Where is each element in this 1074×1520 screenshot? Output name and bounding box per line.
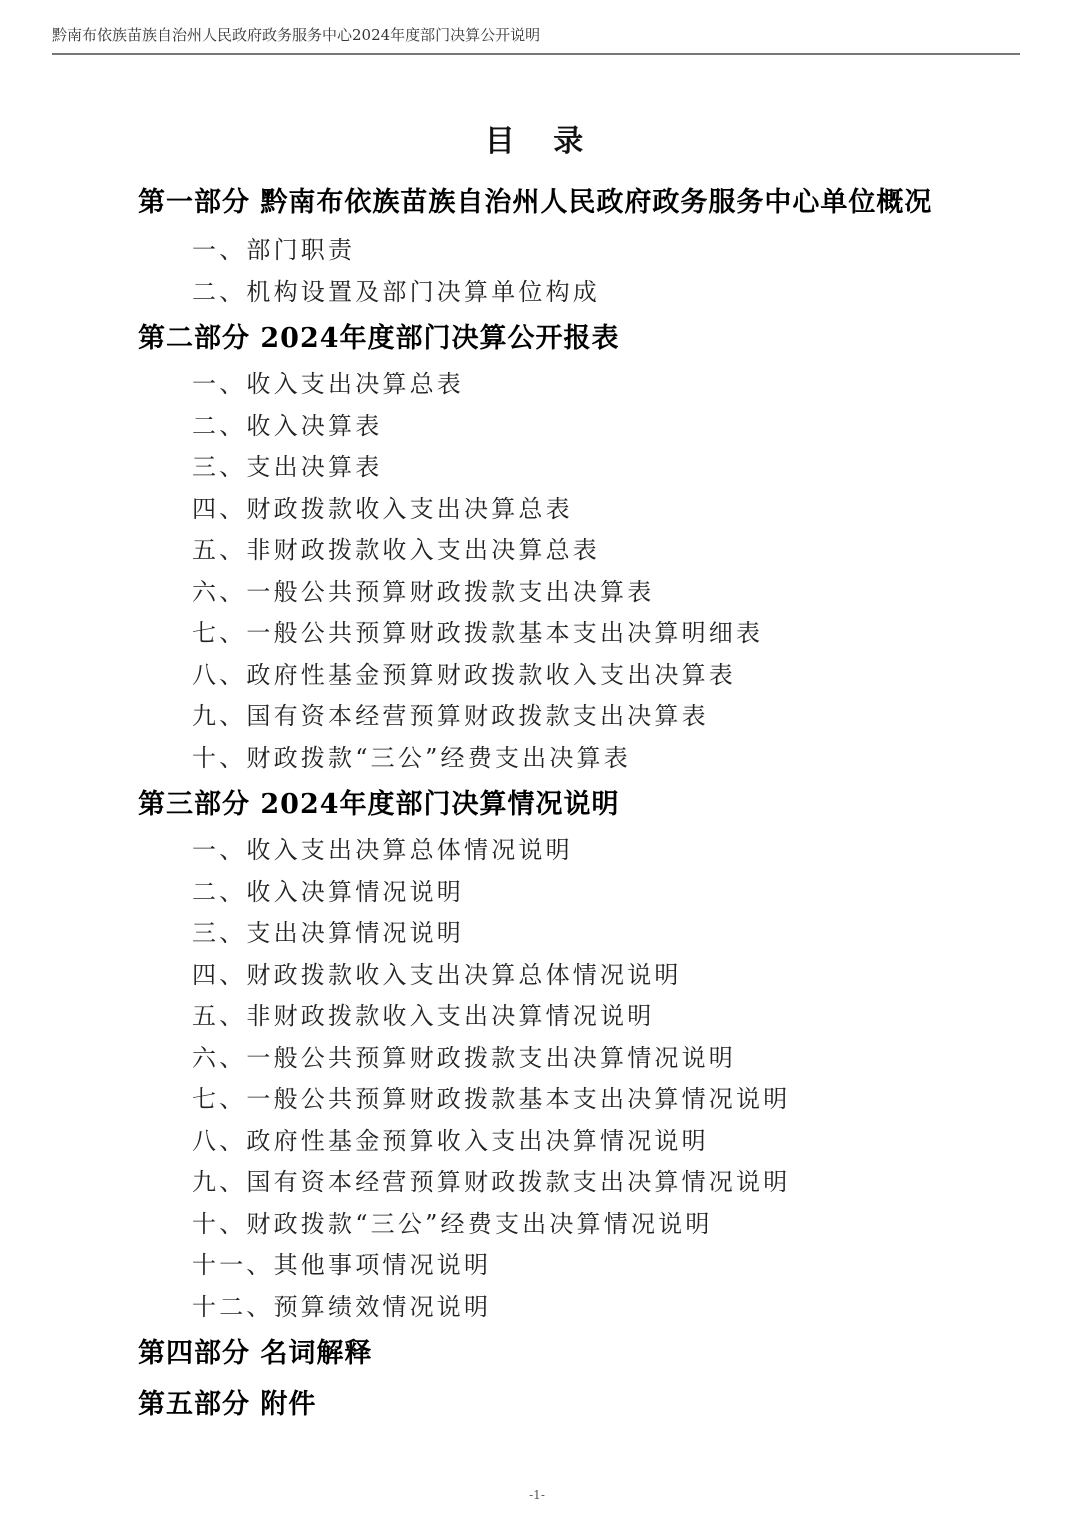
toc-part-5[interactable]: 第五部分 附件 [138, 1379, 958, 1430]
toc-item[interactable]: 六、一般公共预算财政拨款支出决算表 [138, 572, 958, 614]
toc-item[interactable]: 九、国有资本经营预算财政拨款支出决算表 [138, 696, 958, 738]
header-divider [52, 53, 1020, 55]
toc-part-2[interactable]: 第二部分 2024年度部门决算公开报表 [138, 313, 958, 364]
toc-part-1[interactable]: 第一部分 黔南布依族苗族自治州人民政府政务服务中心单位概况 [138, 176, 958, 230]
toc-item[interactable]: 一、收入支出决算总表 [138, 364, 958, 406]
toc-item[interactable]: 十、财政拨款“三公”经费支出决算表 [138, 738, 958, 780]
toc-item[interactable]: 八、政府性基金预算收入支出决算情况说明 [138, 1121, 958, 1163]
toc-item[interactable]: 二、收入决算情况说明 [138, 872, 958, 914]
toc-item[interactable]: 十、财政拨款“三公”经费支出决算情况说明 [138, 1204, 958, 1246]
table-of-contents: 第一部分 黔南布依族苗族自治州人民政府政务服务中心单位概况 一、部门职责 二、机… [138, 176, 958, 1430]
toc-item[interactable]: 十二、预算绩效情况说明 [138, 1287, 958, 1329]
toc-item[interactable]: 十一、其他事项情况说明 [138, 1245, 958, 1287]
toc-item[interactable]: 七、一般公共预算财政拨款基本支出决算明细表 [138, 613, 958, 655]
page-number: -1- [0, 1488, 1074, 1502]
toc-item[interactable]: 一、部门职责 [138, 230, 958, 272]
toc-item[interactable]: 四、财政拨款收入支出决算总体情况说明 [138, 955, 958, 997]
toc-item[interactable]: 三、支出决算情况说明 [138, 913, 958, 955]
toc-item[interactable]: 五、非财政拨款收入支出决算情况说明 [138, 996, 958, 1038]
toc-item[interactable]: 二、机构设置及部门决算单位构成 [138, 272, 958, 314]
toc-item[interactable]: 四、财政拨款收入支出决算总表 [138, 489, 958, 531]
toc-item[interactable]: 五、非财政拨款收入支出决算总表 [138, 530, 958, 572]
running-header: 黔南布依族苗族自治州人民政府政务服务中心2024年度部门决算公开说明 [52, 24, 1020, 46]
toc-item[interactable]: 六、一般公共预算财政拨款支出决算情况说明 [138, 1038, 958, 1080]
toc-item[interactable]: 三、支出决算表 [138, 447, 958, 489]
toc-item[interactable]: 二、收入决算表 [138, 406, 958, 448]
toc-title: 目 录 [0, 122, 1074, 162]
toc-part-4[interactable]: 第四部分 名词解释 [138, 1328, 958, 1379]
toc-item[interactable]: 七、一般公共预算财政拨款基本支出决算情况说明 [138, 1079, 958, 1121]
toc-item[interactable]: 九、国有资本经营预算财政拨款支出决算情况说明 [138, 1162, 958, 1204]
toc-item[interactable]: 一、收入支出决算总体情况说明 [138, 830, 958, 872]
toc-part-3[interactable]: 第三部分 2024年度部门决算情况说明 [138, 779, 958, 830]
toc-item[interactable]: 八、政府性基金预算财政拨款收入支出决算表 [138, 655, 958, 697]
